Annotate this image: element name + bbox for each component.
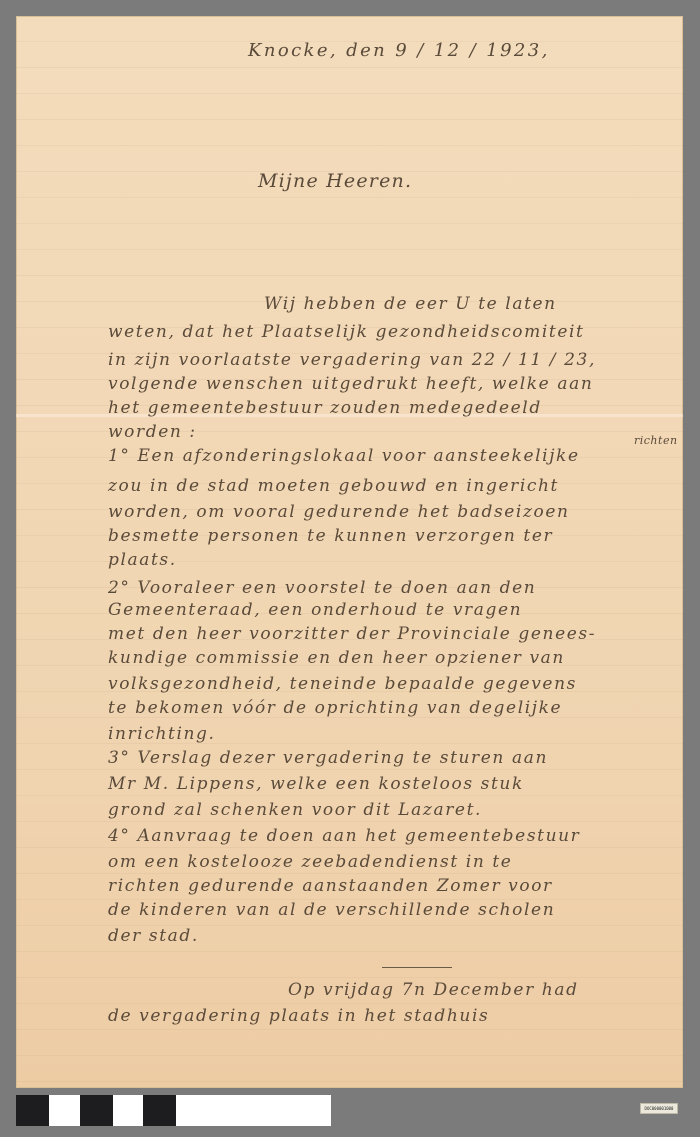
body-line: volgende wenschen uitgedrukt heeft, welk… xyxy=(108,374,593,394)
body-line: richten gedurende aanstaanden Zomer voor xyxy=(108,876,553,896)
body-line: besmette personen te kunnen verzorgen te… xyxy=(108,526,553,546)
body-line: worden : xyxy=(108,422,197,442)
body-line: inrichting. xyxy=(108,724,216,744)
body-line: Wij hebben de eer U te laten xyxy=(264,294,557,314)
color-bar-black-1 xyxy=(16,1095,49,1126)
body-line: plaats. xyxy=(108,550,177,570)
color-bar-black-3 xyxy=(143,1095,176,1126)
date-line: Knocke, den 9 / 12 / 1923, xyxy=(248,40,550,61)
section-divider xyxy=(382,967,452,968)
body-line: der stad. xyxy=(108,926,199,946)
color-bar-black-2 xyxy=(80,1095,113,1126)
body-line: het gemeentebestuur zouden medegedeeld xyxy=(108,398,542,418)
color-bar-white-3 xyxy=(176,1095,331,1126)
body-line: kundige commissie en den heer opziener v… xyxy=(108,648,565,668)
interlinear-insertion: richten xyxy=(634,434,678,447)
list-item-3: 3° Verslag dezer vergadering te sturen a… xyxy=(108,748,548,768)
body-line: met den heer voorzitter der Provinciale … xyxy=(108,624,596,644)
body-line: Mr M. Lippens, welke een kosteloos stuk xyxy=(108,774,524,794)
color-bar-white-1 xyxy=(49,1095,80,1126)
body-line: weten, dat het Plaatselijk gezondheidsco… xyxy=(108,322,584,342)
body-line: zou in de stad moeten gebouwd en ingeric… xyxy=(108,476,559,496)
body-line: worden, om vooral gedurende het badseizo… xyxy=(108,502,570,522)
body-line: de kinderen van al de verschillende scho… xyxy=(108,900,555,920)
body-line: volksgezondheid, teneinde bepaalde gegev… xyxy=(108,674,577,694)
color-bar-white-2 xyxy=(113,1095,143,1126)
list-item-4: 4° Aanvraag te doen aan het gemeentebest… xyxy=(108,826,580,846)
body-line: te bekomen vóór de oprichting van degeli… xyxy=(108,698,562,718)
body-line: grond zal schenken voor dit Lazaret. xyxy=(108,800,482,820)
body-line: om een kostelooze zeebadendienst in te xyxy=(108,852,512,872)
closing-line: de vergadering plaats in het stadhuis xyxy=(108,1006,489,1026)
list-item-1: 1° Een afzonderingslokaal voor aansteeke… xyxy=(108,446,580,466)
salutation: Mijne Heeren. xyxy=(258,170,412,192)
list-item-2: 2° Vooraleer een voorstel te doen aan de… xyxy=(108,578,536,598)
body-line: in zijn voorlaatste vergadering van 22 /… xyxy=(108,350,596,370)
letter-page: Knocke, den 9 / 12 / 1923, Mijne Heeren.… xyxy=(16,16,683,1088)
document-id-label: DOC000001000 xyxy=(640,1103,678,1114)
closing-line: Op vrijdag 7n December had xyxy=(288,980,579,1000)
body-line: Gemeenteraad, een onderhoud te vragen xyxy=(108,600,522,620)
